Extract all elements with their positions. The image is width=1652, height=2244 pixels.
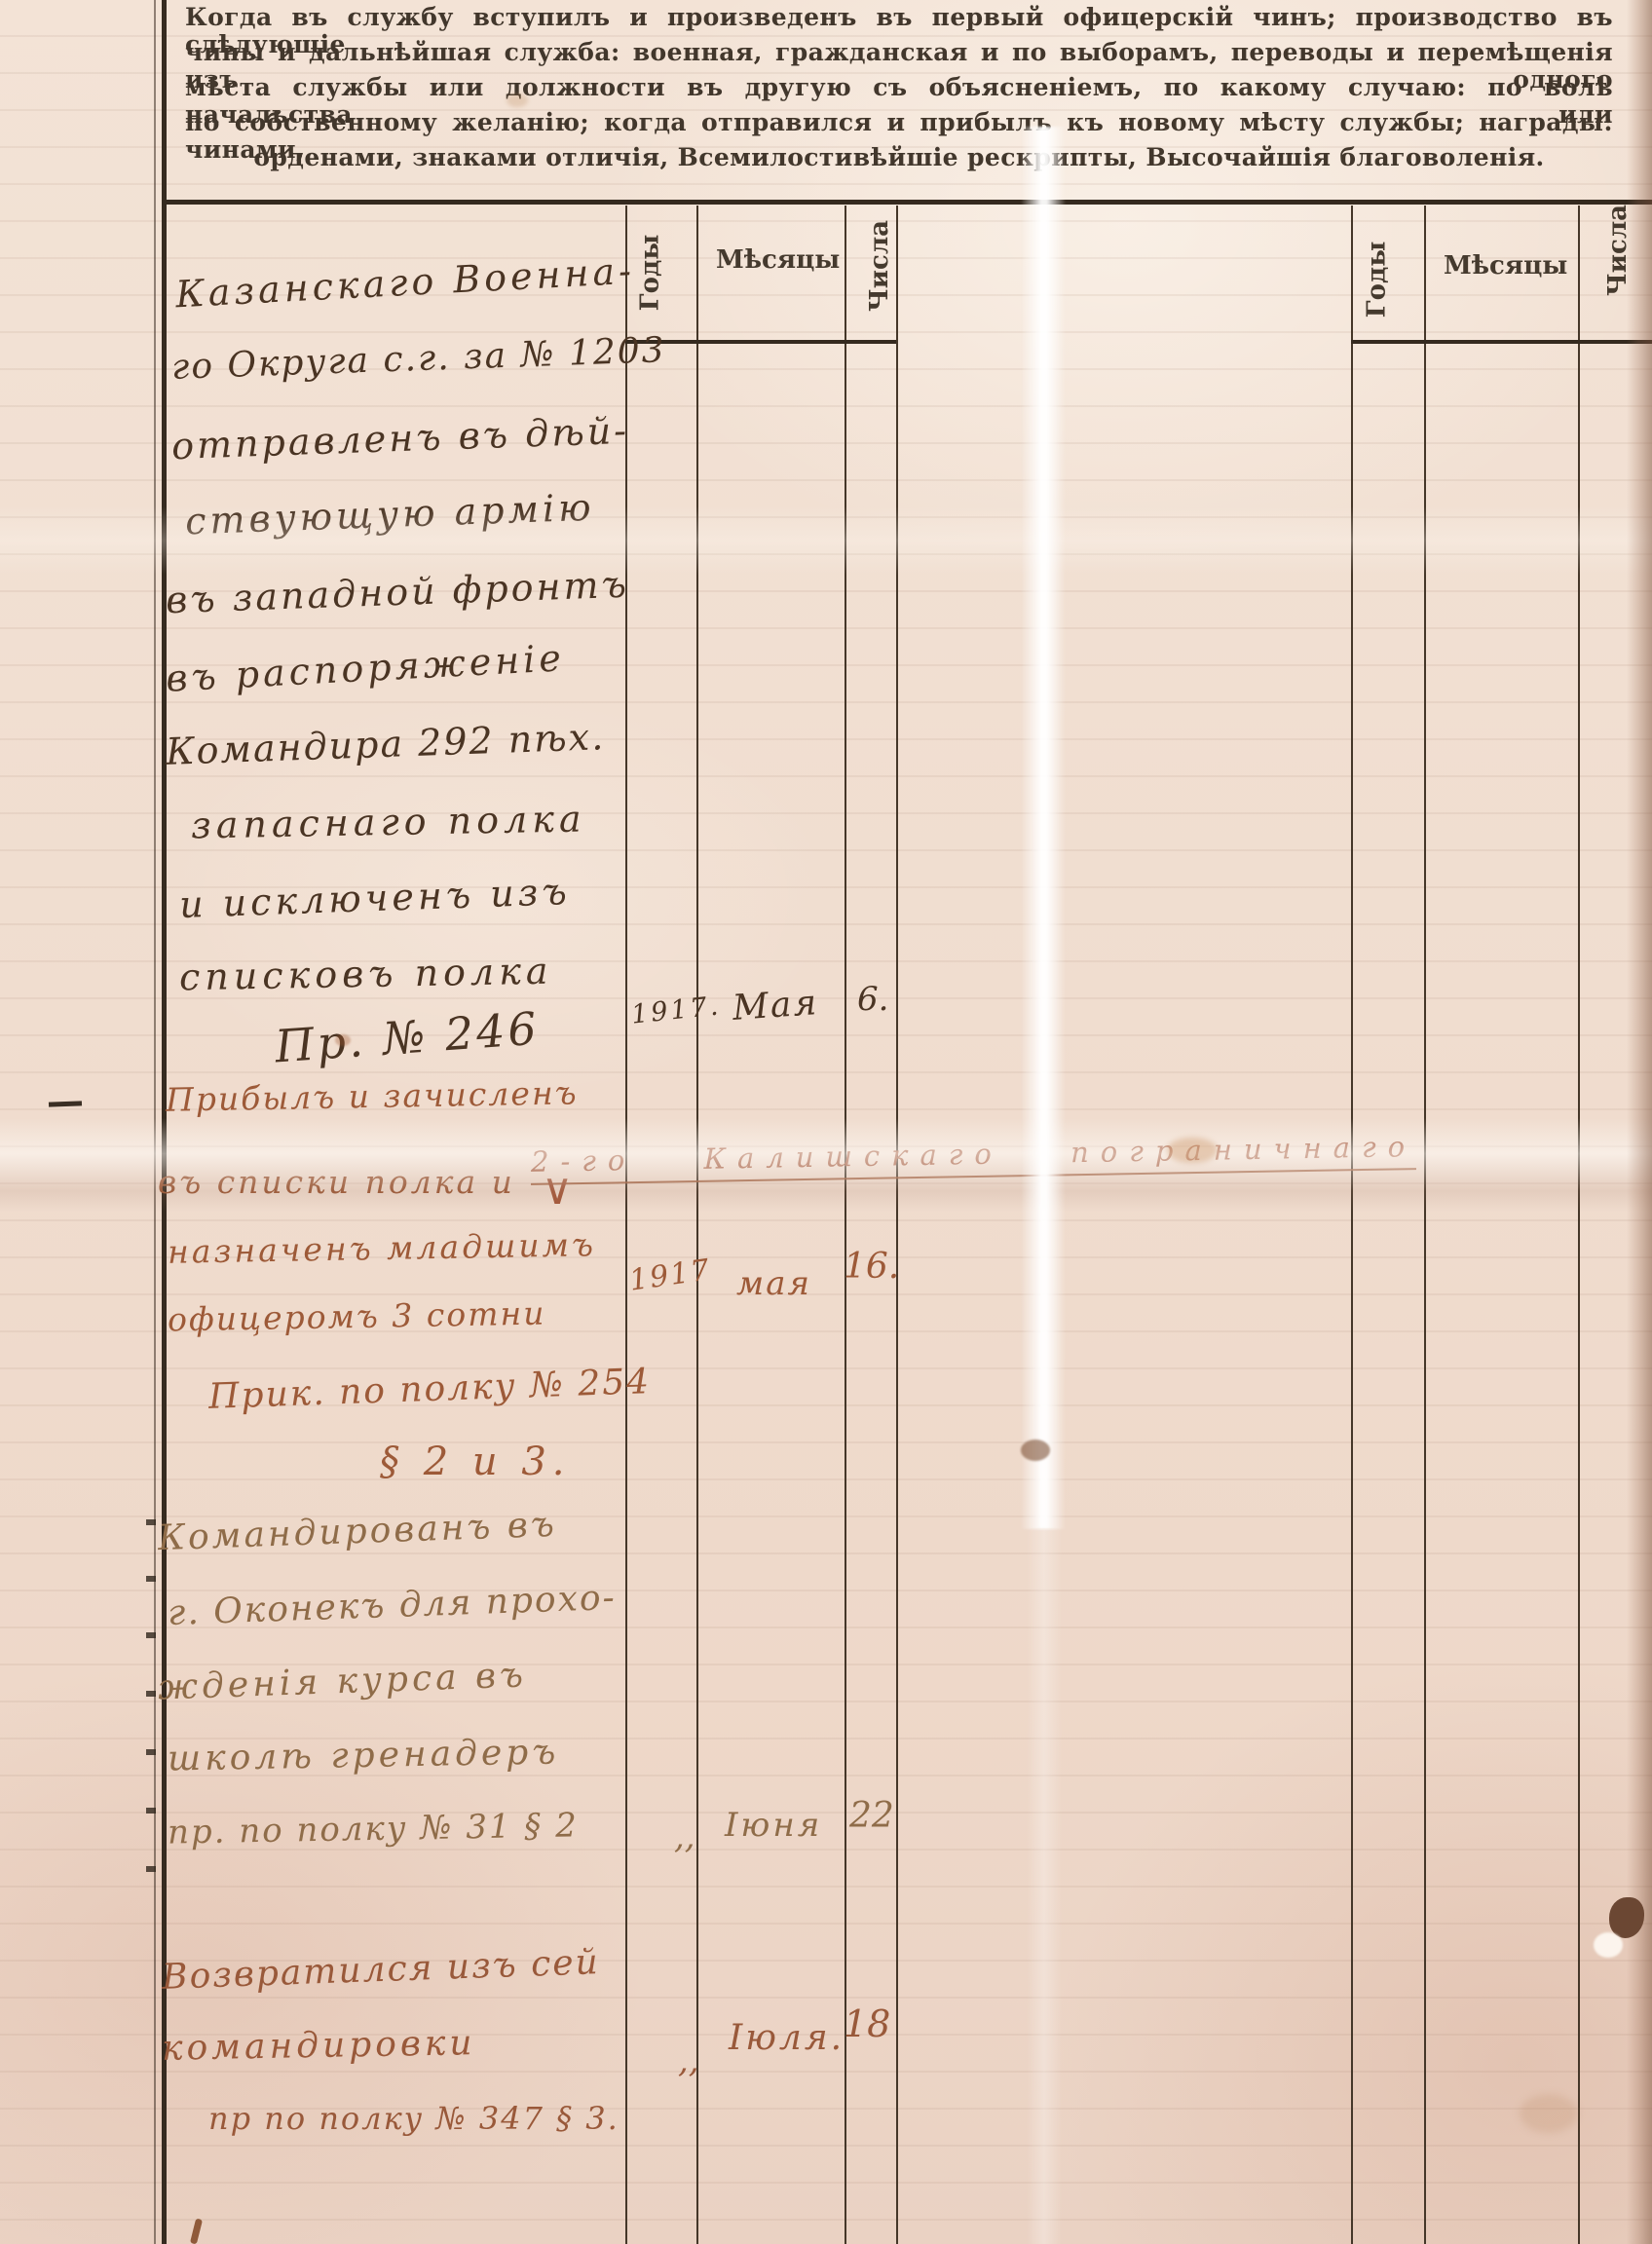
column-header-months: Мѣсяцы xyxy=(716,245,840,275)
handwritten-line: пр. по полку № 31 § 2 xyxy=(168,1806,579,1851)
paper-stain xyxy=(1021,1440,1050,1461)
handwritten-line: г. Оконекъ для прохо- xyxy=(167,1578,617,1633)
cut-off-handwriting-fragment xyxy=(190,2219,203,2244)
handwritten-line: § 2 и 3. xyxy=(380,1440,571,1484)
column-rule xyxy=(1424,206,1426,2244)
handwritten-line: школѣ гренадеръ xyxy=(168,1732,560,1778)
binding-mark xyxy=(146,1808,156,1814)
binding-mark xyxy=(146,1691,156,1697)
column-header-days: Числа xyxy=(865,220,894,312)
binding-mark xyxy=(146,1632,156,1638)
binding-mark xyxy=(146,1866,156,1872)
left-page-border xyxy=(162,0,167,2244)
column-header-years: Годы xyxy=(1362,242,1391,318)
handwritten-line: офицеромъ 3 сотни xyxy=(168,1294,546,1339)
column-rule xyxy=(896,206,898,2244)
column-rule xyxy=(1578,206,1580,2244)
handwritten-line: Командированъ въ xyxy=(157,1505,557,1558)
handwritten-line: и исключенъ изъ xyxy=(178,870,571,926)
handwritten-line: Прибылъ и зачисленъ xyxy=(166,1073,579,1118)
column-header-bottom-rule xyxy=(625,340,896,344)
vertical-fold-highlight-lower xyxy=(1027,1529,1062,2244)
vertical-fold-highlight xyxy=(1021,127,1066,1529)
margin-dash-mark xyxy=(49,1101,82,1106)
handwritten-line: Возвратился изъ сей xyxy=(161,1942,600,1998)
handwritten-line: пр по полку № 347 § 3. xyxy=(208,2100,619,2137)
handwritten-line: Казанскаго Военна- xyxy=(174,249,636,317)
column-header-months: Мѣсяцы xyxy=(1444,251,1567,280)
table-top-rule xyxy=(162,200,1652,205)
date-month-value: Іюня xyxy=(725,1806,822,1845)
date-day-value: 22 xyxy=(849,1796,894,1836)
date-year-value: 1917 xyxy=(627,1253,713,1297)
date-month-value: Іюля. xyxy=(729,2018,845,2058)
date-month-value: Мая xyxy=(732,983,820,1028)
date-year-ditto-mark: ,, xyxy=(674,1817,695,1856)
column-rule xyxy=(1351,206,1353,2244)
column-header-bottom-rule xyxy=(1351,340,1652,344)
date-day-value: 18 xyxy=(844,2002,890,2045)
service-record-page: Когда въ службу вступилъ и произведенъ в… xyxy=(0,0,1652,2244)
binding-mark xyxy=(146,1576,156,1582)
handwritten-line: Прик. по полку № 254 xyxy=(207,1362,651,1417)
ledger-lines xyxy=(0,0,1652,2244)
binding-mark xyxy=(146,1749,156,1755)
handwritten-line: въ списки полка и xyxy=(158,1163,515,1201)
header-line: орденами, знаками отличія, Всемилостивѣй… xyxy=(185,144,1613,171)
column-rule xyxy=(696,206,698,2244)
left-page-border-thin xyxy=(154,0,156,2244)
handwritten-line: списковъ полка xyxy=(179,950,553,999)
paper-tear xyxy=(1609,1897,1644,1938)
handwritten-line: ствующую армію xyxy=(184,486,595,543)
handwritten-line: отправленъ въ дѣй- xyxy=(170,409,629,467)
handwritten-line: въ западной фронтъ xyxy=(165,563,629,622)
date-year-value: 1917. xyxy=(630,991,723,1029)
handwritten-line: жденія курса въ xyxy=(157,1655,527,1707)
handwritten-line: Пр. № 246 xyxy=(273,1002,541,1073)
column-rule xyxy=(625,206,627,2244)
date-year-ditto-mark: ,, xyxy=(678,2041,699,2080)
column-header-days: Числа xyxy=(1603,205,1633,296)
date-day-value: 16. xyxy=(844,1247,899,1287)
handwritten-line: назначенъ младшимъ xyxy=(168,1225,597,1271)
handwritten-line: Командира 292 пѣх. xyxy=(165,715,605,773)
date-day-value: 6. xyxy=(857,980,888,1019)
column-rule xyxy=(845,206,846,2244)
handwritten-line: въ распоряженіе xyxy=(165,636,566,699)
interlinear-insertion: 2-го Калишскаго пограничнаго xyxy=(531,1130,1416,1185)
column-header-years: Годы xyxy=(635,235,664,312)
binding-mark xyxy=(146,1519,156,1525)
handwritten-line: запаснаго полка xyxy=(191,797,586,846)
insertion-caret-mark: ∨ xyxy=(542,1165,573,1215)
paper-stain xyxy=(1520,2094,1578,2133)
handwritten-line: командировки xyxy=(162,2023,476,2069)
handwritten-line: го Округа с.г. за № 1203 xyxy=(170,330,666,388)
date-month-value: мая xyxy=(736,1264,811,1303)
